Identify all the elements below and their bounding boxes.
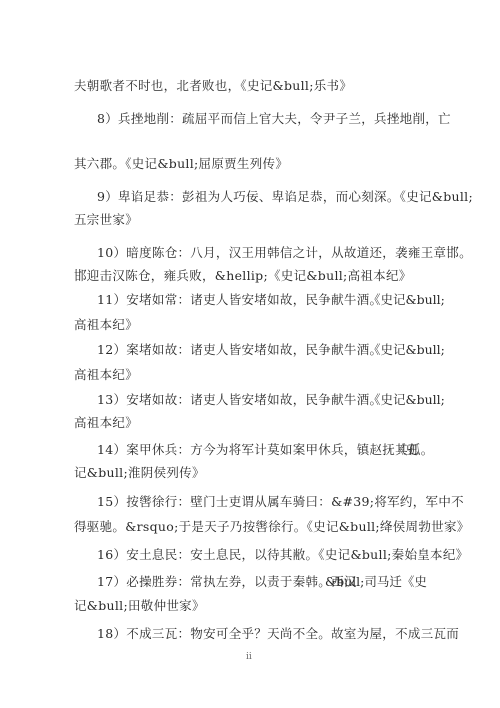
citation-fragment: 《史记&bull;: [368, 290, 445, 308]
text-line: 9）卑谄足恭：彭祖为人巧佞、卑谄足恭，而心刻深。《史记&bull;: [97, 187, 473, 205]
citation-fragment: &bull;司马迁《史: [325, 572, 427, 590]
citation-fragment: 《史: [393, 440, 418, 458]
text-line: 13）安堵如故：诸吏人皆安堵如故，民争献牛酒。: [97, 390, 382, 408]
text-line: 14）案甲休兵：方今为将军计莫如案甲休兵，镇赵抚其孤。: [97, 440, 434, 458]
text-line: 邯迎击汉陈仓，雍兵败，&hellip;《史记&bull;高祖本纪》: [74, 266, 412, 284]
text-line: 16）安土息民：安土息民，以待其敝。《史记&bull;秦始皇本纪》: [97, 545, 468, 563]
text-line: 18）不成三瓦：物安可全乎？天尚不全。故室为屋，不成三瓦而: [97, 624, 459, 642]
text-line: 11）安堵如常：诸吏人皆安堵如故，民争献牛酒。: [97, 290, 382, 308]
text-line: 8）兵挫地削：疏屈平而信上官大夫，令尹子兰，兵挫地削，亡: [97, 109, 451, 127]
citation-fragment: 《史记&bull;: [368, 340, 445, 358]
text-line: 得驱驰。&rsquo;于是天子乃按辔徐行。《史记&bull;绛侯周勃世家》: [74, 517, 470, 535]
text-line: 五宗世家》: [74, 210, 138, 228]
citation-fragment: 《史记&bull;: [368, 390, 445, 408]
text-line: 其六郡。《史记&bull;屈原贾生列传》: [74, 154, 288, 172]
text-line: 记&bull;田敬仲世家》: [74, 596, 205, 614]
page-number: ii: [246, 652, 252, 662]
text-line: 高祖本纪》: [74, 365, 138, 383]
text-line: 记&bull;淮阴侯列传》: [74, 463, 205, 481]
text-line: 17）必操胜券：常执左券，以责于秦韩。西汉: [97, 572, 357, 590]
text-line: 12）案堵如故：诸吏人皆安堵如故，民争献牛酒。: [97, 340, 382, 358]
text-line: 高祖本纪》: [74, 413, 138, 431]
text-line: 高祖本纪》: [74, 315, 138, 333]
text-line: 10）暗度陈仓：八月，汉王用韩信之计，从故道还，袭雍王章邯。: [97, 243, 472, 261]
text-line: 15）按辔徐行：壁门士吏谓从属车骑曰：&#39;将军约，军中不: [97, 492, 464, 510]
text-line: 夫朝歌者不时也，北者败也，《史记&bull;乐书》: [74, 76, 352, 94]
